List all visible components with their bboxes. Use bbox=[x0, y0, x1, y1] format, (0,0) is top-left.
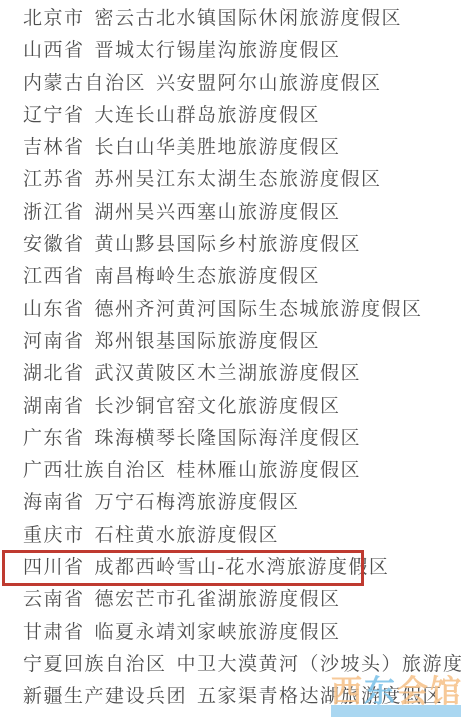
resort-name: 石柱黄水旅游度假区 bbox=[95, 525, 280, 546]
resort-name: 长沙铜官窑文化旅游度假区 bbox=[95, 396, 341, 417]
resort-name: 晋城太行锡崖沟旅游度假区 bbox=[95, 40, 341, 61]
list-row: 河南省郑州银基国际旅游度假区 bbox=[23, 326, 461, 358]
list-row: 湖南省长沙铜官窑文化旅游度假区 bbox=[23, 391, 461, 423]
resort-name: 德州齐河黄河国际生态城旅游度假区 bbox=[95, 299, 423, 320]
resort-name: 湖州吴兴西塞山旅游度假区 bbox=[95, 202, 341, 223]
resort-name: 兴安盟阿尔山旅游度假区 bbox=[156, 73, 382, 94]
list-row: 甘肃省临夏永靖刘家峡旅游度假区 bbox=[23, 617, 461, 649]
resort-name: 密云古北水镇国际休闲旅游度假区 bbox=[95, 8, 403, 29]
province-name: 甘肃省 bbox=[23, 622, 85, 643]
province-name: 广东省 bbox=[23, 428, 85, 449]
province-name: 河南省 bbox=[23, 331, 85, 352]
list-row: 广西壮族自治区桂林雁山旅游度假区 bbox=[23, 455, 461, 487]
province-name: 安徽省 bbox=[23, 234, 85, 255]
province-name: 宁夏回族自治区 bbox=[23, 654, 167, 675]
resort-name: 成都西岭雪山-花水湾旅游度假区 bbox=[95, 557, 390, 578]
list-row: 安徽省黄山黟县国际乡村旅游度假区 bbox=[23, 229, 461, 261]
resort-name: 珠海横琴长隆国际海洋度假区 bbox=[95, 428, 362, 449]
resort-name: 武汉黄陂区木兰湖旅游度假区 bbox=[95, 363, 362, 384]
resort-name: 郑州银基国际旅游度假区 bbox=[95, 331, 321, 352]
province-name: 辽宁省 bbox=[23, 105, 85, 126]
list-row: 云南省德宏芒市孔雀湖旅游度假区 bbox=[23, 584, 461, 616]
resort-name: 苏州吴江东太湖生态旅游度假区 bbox=[95, 169, 382, 190]
province-name: 北京市 bbox=[23, 8, 85, 29]
highlighted-row: 四川省成都西岭雪山-花水湾旅游度假区 bbox=[23, 552, 461, 584]
resort-name: 南昌梅岭生态旅游度假区 bbox=[95, 266, 321, 287]
resort-name: 五家渠青格达湖旅游度假区 bbox=[197, 686, 443, 707]
province-name: 湖南省 bbox=[23, 396, 85, 417]
resort-name: 黄山黟县国际乡村旅游度假区 bbox=[95, 234, 362, 255]
province-name: 浙江省 bbox=[23, 202, 85, 223]
resort-list: 北京市密云古北水镇国际休闲旅游度假区 山西省晋城太行锡崖沟旅游度假区 内蒙古自治… bbox=[23, 3, 461, 714]
list-row: 山西省晋城太行锡崖沟旅游度假区 bbox=[23, 35, 461, 67]
list-row: 重庆市石柱黄水旅游度假区 bbox=[23, 520, 461, 552]
resort-name: 大连长山群岛旅游度假区 bbox=[95, 105, 321, 126]
list-row: 吉林省长白山华美胜地旅游度假区 bbox=[23, 132, 461, 164]
province-name: 江西省 bbox=[23, 266, 85, 287]
resort-name: 德宏芒市孔雀湖旅游度假区 bbox=[95, 589, 341, 610]
list-row: 宁夏回族自治区中卫大漠黄河（沙坡头）旅游度假区 bbox=[23, 649, 461, 681]
list-row: 江西省南昌梅岭生态旅游度假区 bbox=[23, 261, 461, 293]
list-row: 山东省德州齐河黄河国际生态城旅游度假区 bbox=[23, 294, 461, 326]
province-name: 重庆市 bbox=[23, 525, 85, 546]
province-name: 四川省 bbox=[23, 557, 85, 578]
resort-name: 万宁石梅湾旅游度假区 bbox=[95, 492, 300, 513]
province-name: 新疆生产建设兵团 bbox=[23, 686, 187, 707]
province-name: 海南省 bbox=[23, 492, 85, 513]
province-name: 山西省 bbox=[23, 40, 85, 61]
list-row: 北京市密云古北水镇国际休闲旅游度假区 bbox=[23, 3, 461, 35]
resort-name: 长白山华美胜地旅游度假区 bbox=[95, 137, 341, 158]
list-row: 湖北省武汉黄陂区木兰湖旅游度假区 bbox=[23, 358, 461, 390]
resort-name: 临夏永靖刘家峡旅游度假区 bbox=[95, 622, 341, 643]
list-row: 新疆生产建设兵团五家渠青格达湖旅游度假区 bbox=[23, 681, 461, 713]
province-name: 山东省 bbox=[23, 299, 85, 320]
list-row: 江苏省苏州吴江东太湖生态旅游度假区 bbox=[23, 164, 461, 196]
list-row: 海南省万宁石梅湾旅游度假区 bbox=[23, 487, 461, 519]
resort-name: 桂林雁山旅游度假区 bbox=[177, 460, 362, 481]
list-row: 辽宁省大连长山群岛旅游度假区 bbox=[23, 100, 461, 132]
province-name: 湖北省 bbox=[23, 363, 85, 384]
list-row: 内蒙古自治区兴安盟阿尔山旅游度假区 bbox=[23, 68, 461, 100]
province-name: 吉林省 bbox=[23, 137, 85, 158]
resort-name: 中卫大漠黄河（沙坡头）旅游度假区 bbox=[177, 654, 461, 675]
province-name: 内蒙古自治区 bbox=[23, 73, 146, 94]
list-row: 浙江省湖州吴兴西塞山旅游度假区 bbox=[23, 197, 461, 229]
province-name: 广西壮族自治区 bbox=[23, 460, 167, 481]
province-name: 云南省 bbox=[23, 589, 85, 610]
list-row: 广东省珠海横琴长隆国际海洋度假区 bbox=[23, 423, 461, 455]
province-name: 江苏省 bbox=[23, 169, 85, 190]
